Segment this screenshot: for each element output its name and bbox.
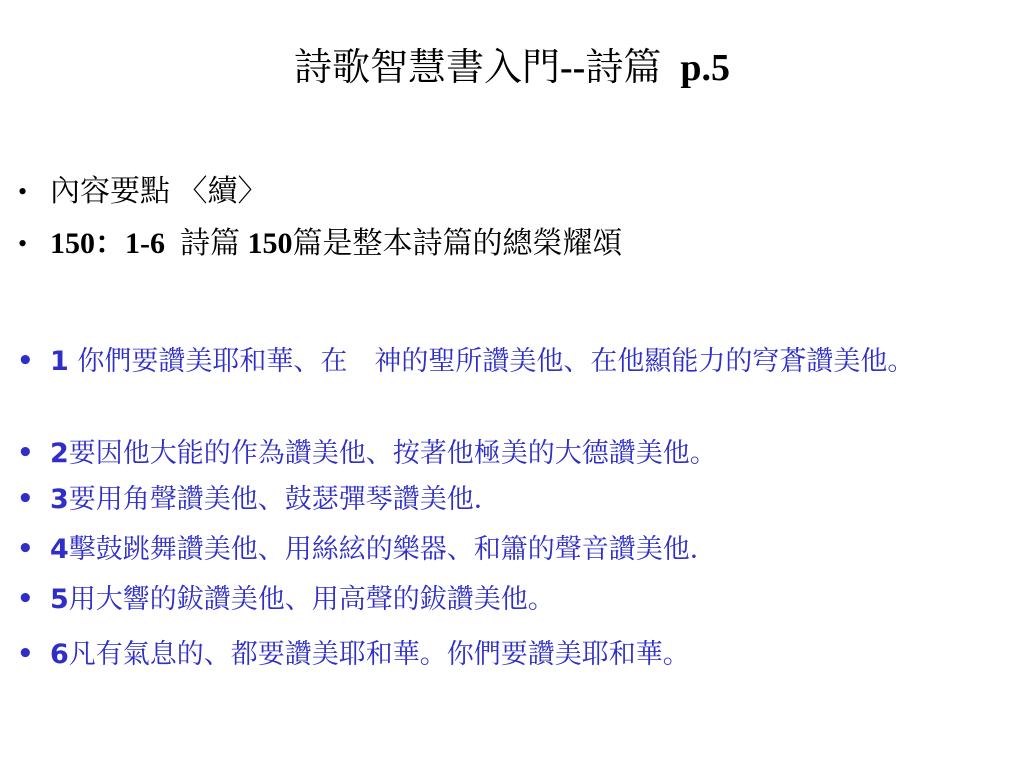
intro-item-text: 150：1-6 詩篇 150篇是整本詩篇的總榮耀頌 bbox=[50, 222, 623, 266]
verse-number: 1 bbox=[50, 346, 69, 377]
psalm-number: 150 bbox=[248, 227, 293, 260]
verse-text: 凡有氣息的、都要讚美耶和華。你們要讚美耶和華。 bbox=[69, 639, 690, 670]
title-page-number: p.5 bbox=[680, 47, 730, 89]
verse-number: 4 bbox=[50, 534, 69, 565]
verse-text: 要因他大能的作為讚美他、按著他極美的大德讚美他。 bbox=[69, 438, 717, 469]
verse-number: 3 bbox=[50, 484, 69, 515]
verse-number: 2 bbox=[50, 438, 69, 469]
slide-title: 詩歌智慧書入門--詩篇 p.5 bbox=[0, 38, 1024, 98]
title-cjk-2: 詩篇 bbox=[585, 47, 661, 89]
verse-text: 擊鼓跳舞讚美他、用絲絃的樂器、和簫的聲音讚美他． bbox=[69, 534, 717, 565]
bullet-icon: • bbox=[17, 530, 34, 569]
bullet-icon: • bbox=[17, 434, 34, 473]
intro-text-a: 詩篇 bbox=[180, 227, 248, 260]
intro-item-text: 內容要點 〈續〉 bbox=[50, 170, 268, 214]
bullet-icon: • bbox=[17, 342, 34, 381]
intro-text-b: 篇是整本詩篇的總榮耀頌 bbox=[293, 227, 623, 260]
bullet-icon: • bbox=[17, 480, 34, 519]
verse-text: 你們要讚美耶和華、在 神的聖所讚美他、在他顯能力的穹蒼讚美他。 bbox=[69, 346, 915, 377]
slide: 詩歌智慧書入門--詩篇 p.5 • 內容要點 〈續〉 • 150：1-6 詩篇 … bbox=[0, 0, 1024, 768]
verse-number: 5 bbox=[50, 584, 69, 615]
title-dashes: -- bbox=[560, 47, 585, 89]
bullet-icon: • bbox=[17, 580, 34, 619]
verse-text: 用大響的鈸讚美他、用高聲的鈸讚美他。 bbox=[69, 584, 555, 615]
bullet-icon: • bbox=[18, 170, 27, 214]
verse-text: 要用角聲讚美他、鼓瑟彈琴讚美他． bbox=[69, 484, 501, 515]
scripture-reference: 150：1-6 bbox=[50, 227, 165, 260]
title-cjk: 詩歌智慧書入門 bbox=[294, 47, 560, 89]
bullet-icon: • bbox=[18, 222, 27, 266]
verse-number: 6 bbox=[50, 639, 69, 670]
bullet-icon: • bbox=[17, 635, 34, 674]
